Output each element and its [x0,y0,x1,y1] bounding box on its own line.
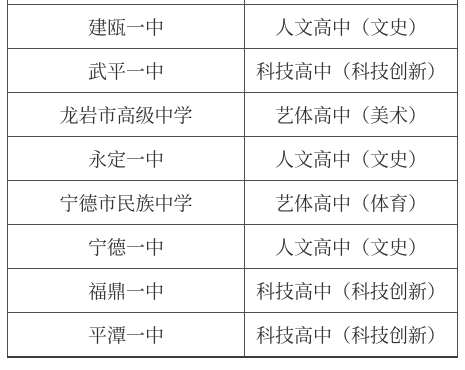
school-cell: 福鼎一中 [8,269,245,313]
table-row: 宁德一中 人文高中（文史） [8,225,458,269]
school-cell: 建瓯一中 [8,5,245,49]
school-cell: 永定一中 [8,137,245,181]
category-cell: 艺体高中（体育） [245,181,458,225]
table-row: 永定一中 人文高中（文史） [8,137,458,181]
table-row: 武平一中 科技高中（科技创新） [8,49,458,93]
school-cell: 龙岩市高级中学 [8,93,245,137]
document-page: 建瓯一中 人文高中（文史） 武平一中 科技高中（科技创新） 龙岩市高级中学 艺体… [0,0,465,370]
table-row: 龙岩市高级中学 艺体高中（美术） [8,93,458,137]
category-cell: 人文高中（文史） [245,225,458,269]
category-cell: 艺体高中（美术） [245,93,458,137]
category-cell: 人文高中（文史） [245,137,458,181]
school-cell: 平潭一中 [8,313,245,358]
school-cell: 武平一中 [8,49,245,93]
table-row: 福鼎一中 科技高中（科技创新） [8,269,458,313]
table-row: 宁德市民族中学 艺体高中（体育） [8,181,458,225]
school-category-table: 建瓯一中 人文高中（文史） 武平一中 科技高中（科技创新） 龙岩市高级中学 艺体… [7,0,458,358]
table-row: 建瓯一中 人文高中（文史） [8,5,458,49]
school-cell: 宁德一中 [8,225,245,269]
category-cell: 科技高中（科技创新） [245,269,458,313]
category-cell: 人文高中（文史） [245,5,458,49]
category-cell: 科技高中（科技创新） [245,313,458,358]
school-cell: 宁德市民族中学 [8,181,245,225]
table-row: 平潭一中 科技高中（科技创新） [8,313,458,358]
category-cell: 科技高中（科技创新） [245,49,458,93]
